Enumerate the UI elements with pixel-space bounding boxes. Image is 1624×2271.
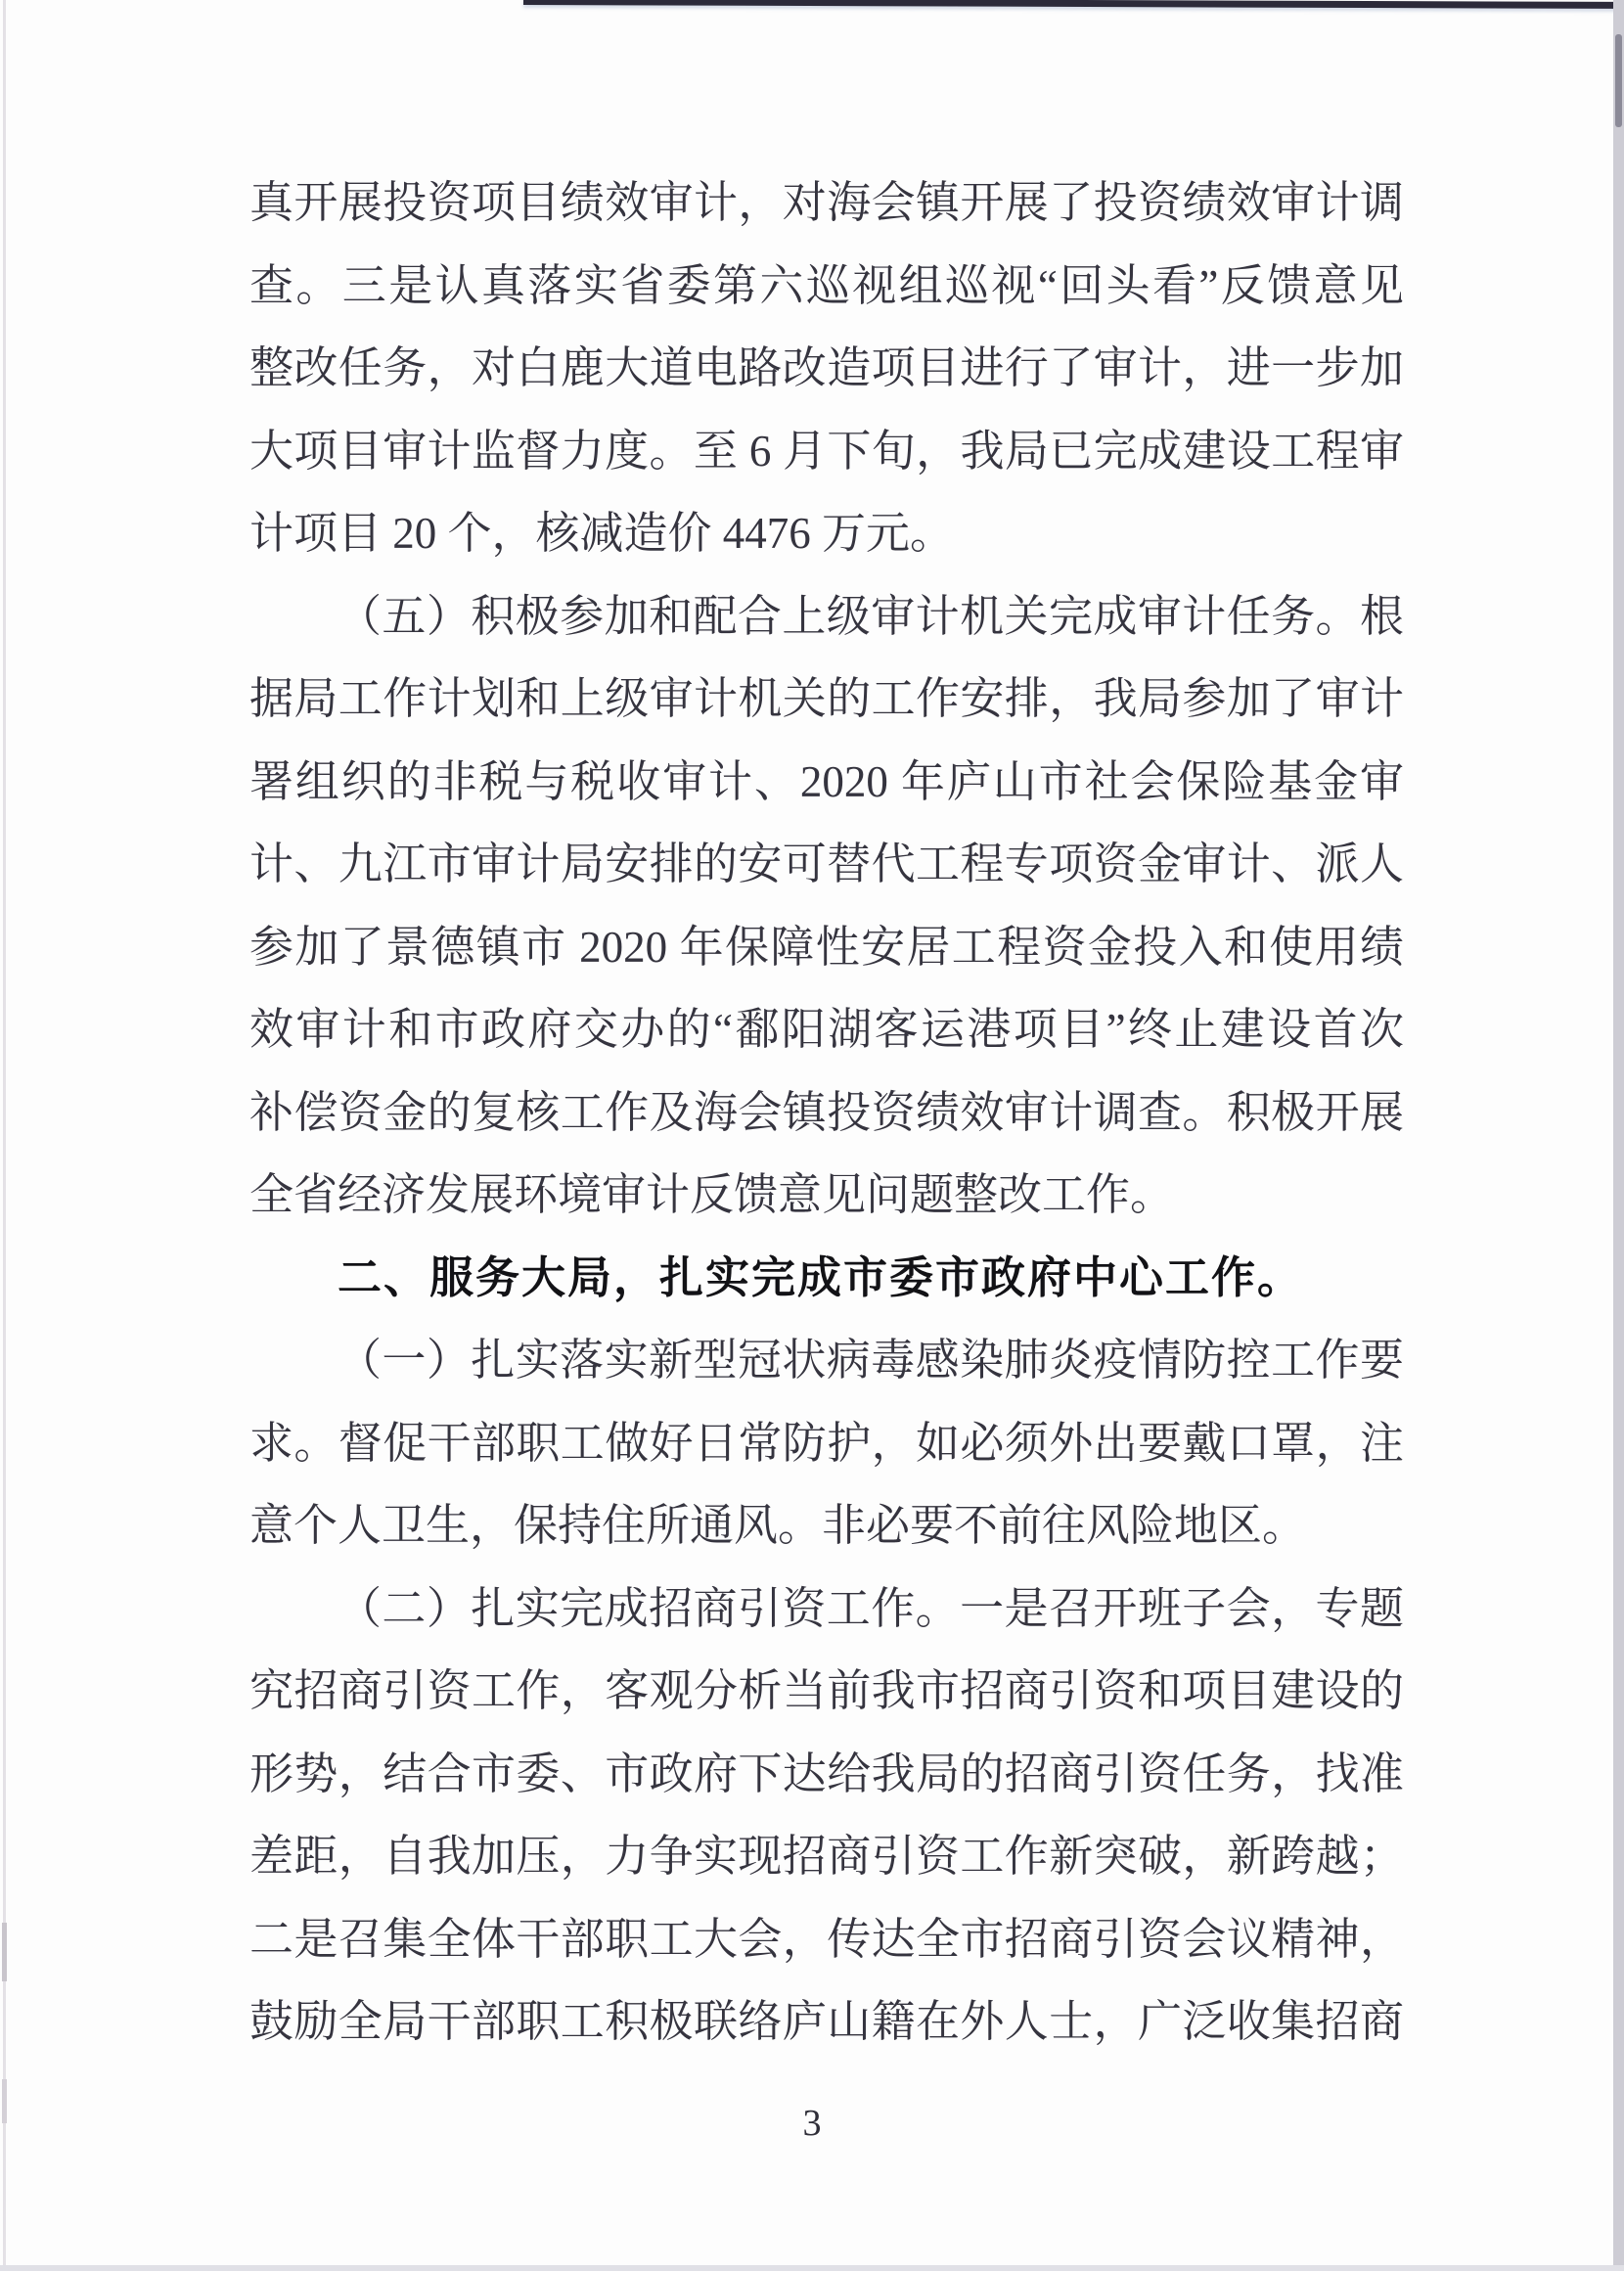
paragraph-start-line: （一）扎实落实新型冠状病毒感染肺炎疫情防控工作要 xyxy=(249,1319,1404,1402)
body-line: 参加了景德镇市 2020 年保障性安居工程资金投入和使用绩 xyxy=(249,906,1404,989)
body-line: 意个人卫生，保持住所通风。非必要不前往风险地区。 xyxy=(249,1484,1404,1567)
section-heading: 二、服务大局，扎实完成市委市政府中心工作。 xyxy=(249,1237,1404,1320)
body-line: 署组织的非税与税收审计、2020 年庐山市社会保险基金审 xyxy=(249,741,1404,824)
scan-edge-bottom xyxy=(0,2265,1624,2271)
body-line: 查。三是认真落实省委第六巡视组巡视“回头看”反馈意见 xyxy=(249,245,1404,328)
body-line: 形势，结合市委、市政府下达给我局的招商引资任务，找准 xyxy=(249,1733,1404,1816)
scan-edge-left-mark xyxy=(2,1923,7,1981)
scanned-document-page: 真开展投资项目绩效审计，对海会镇开展了投资绩效审计调 查。三是认真落实省委第六巡… xyxy=(0,0,1624,2271)
body-line: 大项目审计监督力度。至 6 月下旬，我局已完成建设工程审 xyxy=(249,410,1404,493)
body-line: 差距，自我加压，力争实现招商引资工作新突破，新跨越； xyxy=(249,1815,1404,1898)
body-line: 据局工作计划和上级审计机关的工作安排，我局参加了审计 xyxy=(249,658,1404,741)
document-body: 真开展投资项目绩效审计，对海会镇开展了投资绩效审计调 查。三是认真落实省委第六巡… xyxy=(249,161,1404,2064)
scan-edge-top xyxy=(523,0,1624,9)
scan-edge-right-smudge xyxy=(1615,34,1622,127)
body-line: 计、九江市审计局安排的安可替代工程专项资金审计、派人 xyxy=(249,823,1404,906)
body-line: 整改任务，对白鹿大道电路改造项目进行了审计，进一步加 xyxy=(249,327,1404,410)
body-line: 全省经济发展环境审计反馈意见问题整改工作。 xyxy=(249,1154,1404,1237)
body-line: 二是召集全体干部职工大会，传达全市招商引资会议精神， xyxy=(249,1898,1404,1981)
body-line: 究招商引资工作，客观分析当前我市招商引资和项目建设的 xyxy=(249,1650,1404,1733)
paragraph-start-line: （五）积极参加和配合上级审计机关完成审计任务。根 xyxy=(249,575,1404,659)
body-line: 效审计和市政府交办的“鄱阳湖客运港项目”终止建设首次 xyxy=(249,988,1404,1071)
body-line: 真开展投资项目绩效审计，对海会镇开展了投资绩效审计调 xyxy=(249,161,1404,245)
paragraph-start-line: （二）扎实完成招商引资工作。一是召开班子会，专题研 xyxy=(249,1567,1404,1651)
page-number: 3 xyxy=(0,2102,1624,2145)
body-line: 鼓励全局干部职工积极联络庐山籍在外人士，广泛收集招商 xyxy=(249,1980,1404,2064)
scan-edge-right xyxy=(1613,0,1624,2271)
body-line: 求。督促干部职工做好日常防护，如必须外出要戴口罩，注 xyxy=(249,1402,1404,1485)
body-line: 补偿资金的复核工作及海会镇投资绩效审计调查。积极开展 xyxy=(249,1071,1404,1155)
body-line: 计项目 20 个，核减造价 4476 万元。 xyxy=(249,492,1404,575)
